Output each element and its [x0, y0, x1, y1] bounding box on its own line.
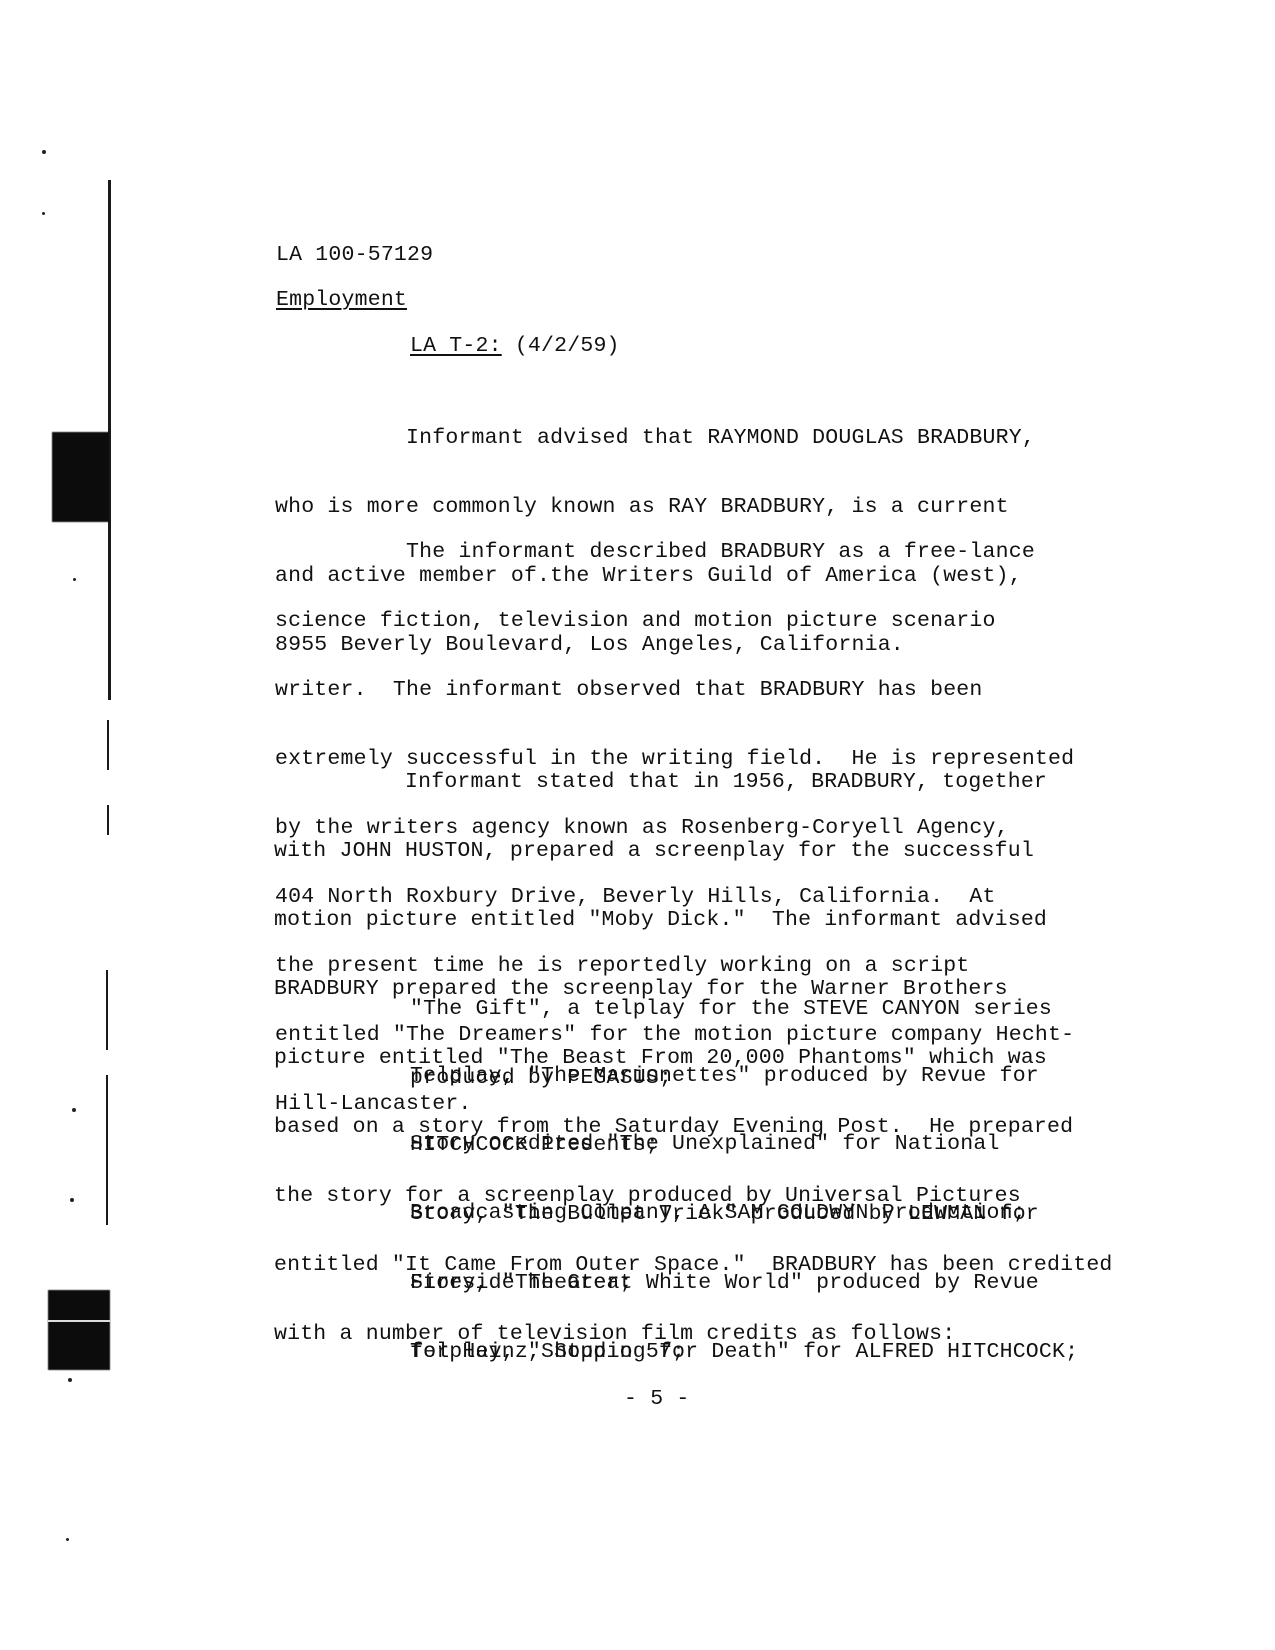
text-line: Telplay, "The Marionettes" produced by R…: [410, 1065, 1039, 1088]
page-number: - 5 -: [624, 1388, 690, 1411]
source-date: (4/2/59): [515, 334, 620, 358]
text-line: Story, "The Great White World" produced …: [410, 1272, 1039, 1295]
section-heading: Employment: [276, 289, 407, 312]
speck: [68, 1378, 72, 1382]
scan-blot: [48, 1290, 110, 1370]
text-line: "The Gift", a telplay for the STEVE CANY…: [410, 998, 1052, 1021]
source-label: LA T-2:: [410, 334, 502, 358]
speck: [66, 1538, 69, 1541]
margin-rule: [106, 1075, 108, 1225]
text-line: Informant stated that in 1956, BRADBURY,…: [274, 771, 1113, 794]
text-line: writer. The informant observed that BRAD…: [275, 679, 1074, 702]
margin-rule: [107, 720, 109, 770]
scan-streak: [48, 1320, 110, 1322]
speck: [70, 1198, 74, 1202]
margin-rule: [106, 970, 108, 1050]
text-line: motion picture entitled "Moby Dick." The…: [274, 909, 1113, 932]
text-line: Story credited "The Unexplained" for Nat…: [410, 1133, 1026, 1156]
informant-source: LA T-2: (4/2/59): [410, 335, 620, 358]
text-line: Story, "The Bullet Trick" produced by LE…: [410, 1203, 1039, 1226]
credit-item: Telplay, "Shopping for Death" for ALFRED…: [410, 1295, 1078, 1410]
text-line: The informant described BRADBURY as a fr…: [275, 541, 1074, 564]
text-line: science fiction, television and motion p…: [275, 610, 1074, 633]
margin-rule: [107, 805, 109, 835]
scan-blot: [52, 432, 109, 522]
file-number: LA 100-57129: [276, 244, 433, 267]
text-line: Informant advised that RAYMOND DOUGLAS B…: [275, 427, 1035, 450]
speck: [72, 1108, 76, 1112]
speck: [42, 150, 46, 154]
speck: [42, 212, 45, 215]
text-line: with JOHN HUSTON, prepared a screenplay …: [274, 840, 1113, 863]
document-page: LA 100-57129 Employment LA T-2: (4/2/59)…: [0, 0, 1275, 1650]
speck: [73, 578, 76, 581]
text-line: Telplay, "Shopping for Death" for ALFRED…: [410, 1341, 1078, 1364]
